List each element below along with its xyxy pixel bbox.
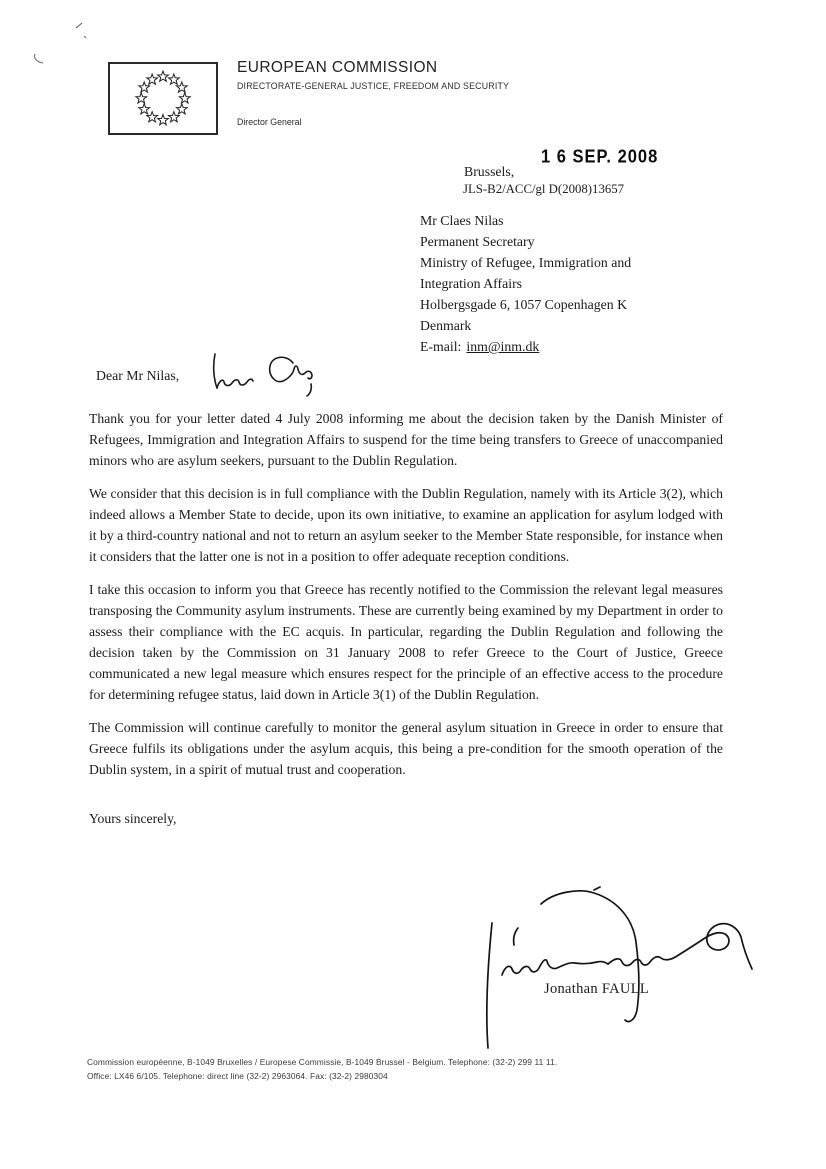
recipient-address: Mr Claes Nilas Permanent Secretary Minis…	[420, 210, 631, 357]
eu-flag-logo	[108, 62, 218, 135]
letter-footer: Commission européenne, B-1049 Bruxelles …	[87, 1056, 777, 1083]
recipient-title: Permanent Secretary	[420, 231, 631, 252]
email-label: E-mail:	[420, 339, 461, 354]
email-address: inm@inm.dk	[466, 339, 539, 354]
recipient-org-line1: Ministry of Refugee, Immigration and	[420, 252, 631, 273]
letter-body: Thank you for your letter dated 4 July 2…	[89, 408, 723, 841]
paragraph-3: I take this occasion to inform you that …	[89, 579, 723, 705]
reference-number: JLS-B2/ACC/gl D(2008)13657	[463, 182, 624, 197]
eu-flag-stars-icon	[110, 64, 216, 133]
recipient-org-line2: Integration Affairs	[420, 273, 631, 294]
valediction: Yours sincerely,	[89, 808, 723, 829]
letterhead: EUROPEAN COMMISSION DIRECTORATE-GENERAL …	[237, 59, 509, 91]
recipient-country: Denmark	[420, 315, 631, 336]
official-role: Director General	[237, 117, 302, 127]
directorate-subtitle: DIRECTORATE-GENERAL JUSTICE, FREEDOM AND…	[237, 81, 509, 91]
date-stamp: 1 6 SEP. 2008	[541, 147, 658, 168]
place-line: Brussels,	[464, 164, 514, 180]
paragraph-4: The Commission will continue carefully t…	[89, 717, 723, 780]
footer-contact-line: Office: LX46 6/105. Telephone: direct li…	[87, 1070, 777, 1084]
handwritten-salutation	[205, 350, 335, 402]
footer-address-line: Commission européenne, B-1049 Bruxelles …	[87, 1056, 777, 1070]
signer-name: Jonathan FAULL	[544, 981, 649, 998]
organisation-title: EUROPEAN COMMISSION	[237, 59, 509, 77]
recipient-name: Mr Claes Nilas	[420, 210, 631, 231]
recipient-street: Holbergsgade 6, 1057 Copenhagen K	[420, 294, 631, 315]
salutation: Dear Mr Nilas,	[96, 368, 179, 384]
letter-page: EUROPEAN COMMISSION DIRECTORATE-GENERAL …	[0, 0, 826, 1169]
recipient-email-line: E-mail:inm@inm.dk	[420, 336, 631, 357]
handwritten-signature	[458, 878, 778, 1073]
paragraph-2: We consider that this decision is in ful…	[89, 483, 723, 567]
paragraph-1: Thank you for your letter dated 4 July 2…	[89, 408, 723, 471]
